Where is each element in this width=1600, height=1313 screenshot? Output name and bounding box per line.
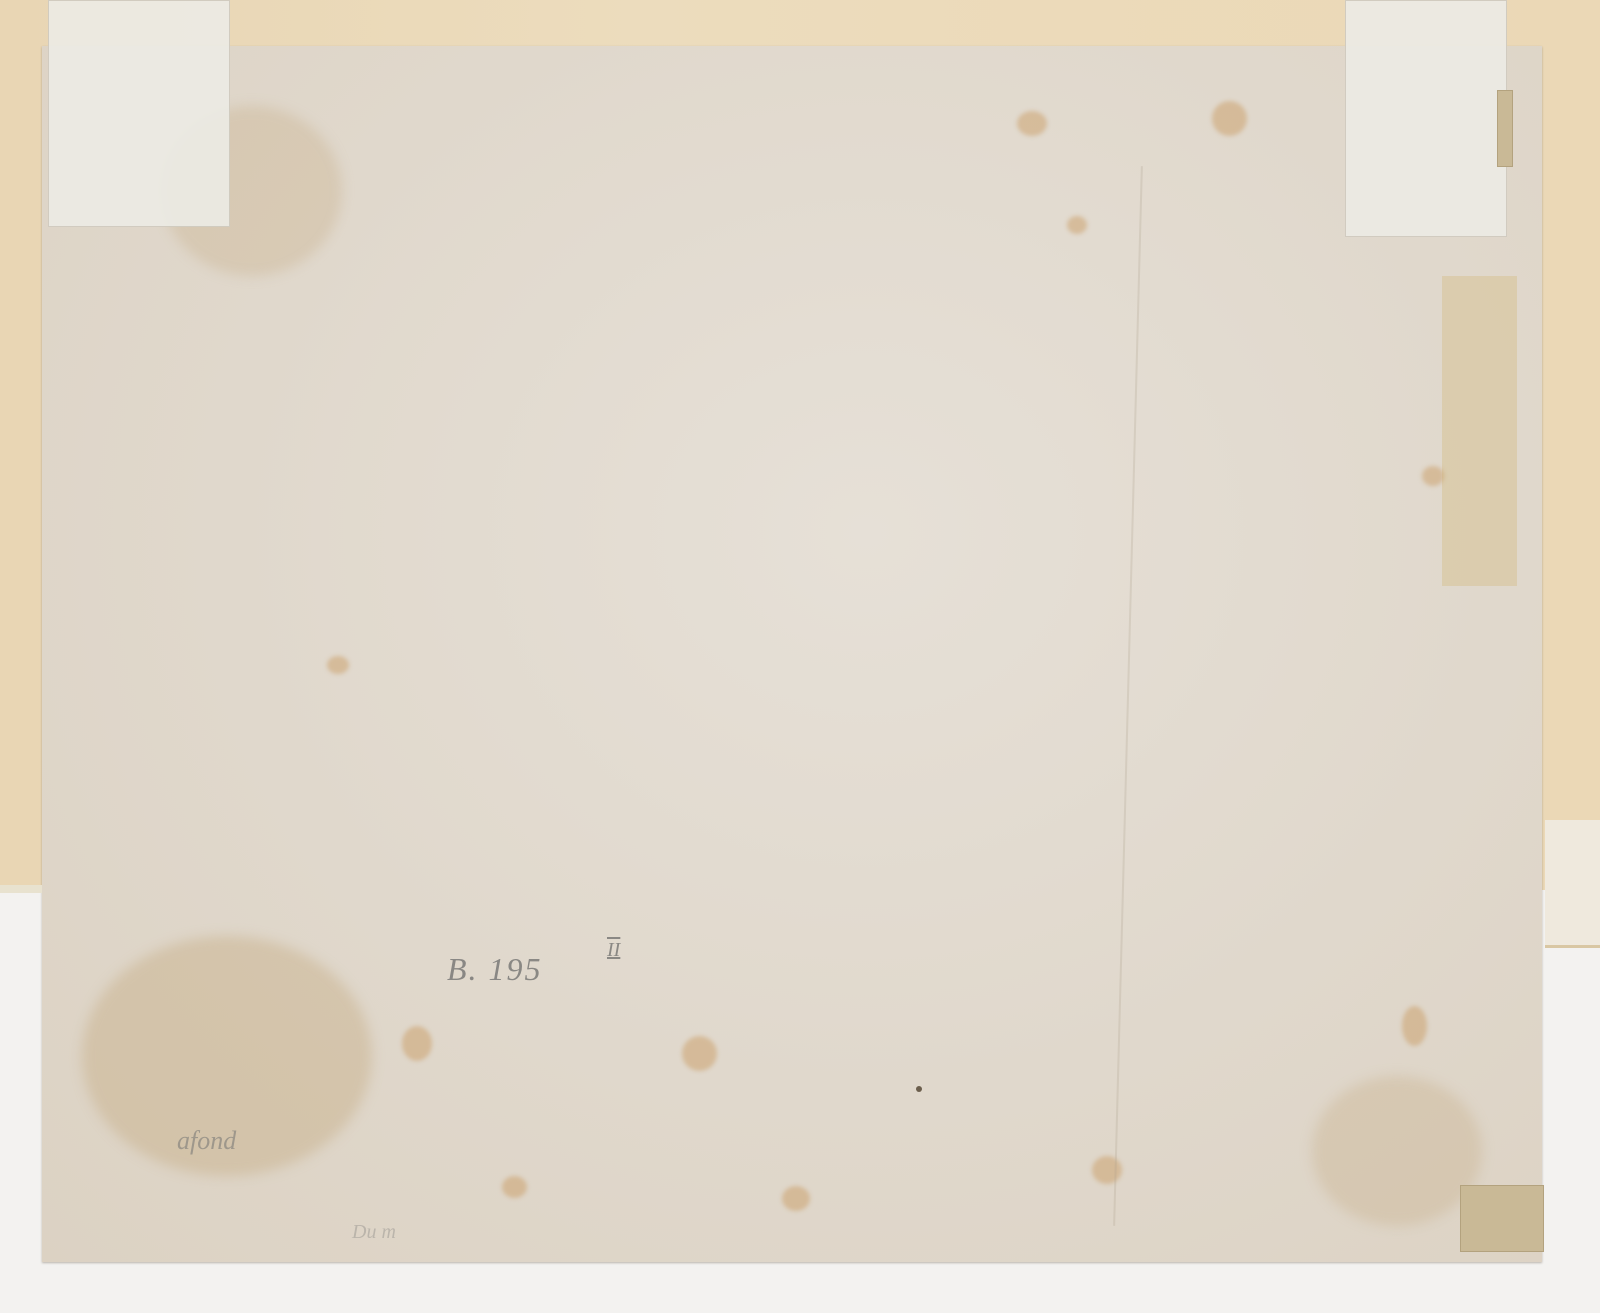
hinge-tape-top-left	[48, 0, 230, 227]
stain-right-strip	[1442, 276, 1517, 586]
foxing-spot	[1402, 1006, 1427, 1046]
foxing-spot	[1067, 216, 1087, 234]
ink-dot	[916, 1086, 922, 1092]
state-number-inscription: II	[607, 939, 620, 962]
foxing-spot	[782, 1186, 810, 1211]
foxing-spot	[682, 1036, 717, 1071]
tape-fragment-right	[1497, 90, 1513, 167]
catalogue-number-inscription: B. 195	[447, 951, 543, 988]
crease-line	[1113, 166, 1143, 1226]
foxing-spot	[1017, 111, 1047, 136]
foxing-spot	[1212, 101, 1247, 136]
mount-left-edge-sliver	[0, 885, 42, 893]
signature-inscription: afond	[177, 1126, 236, 1156]
foxing-spot	[502, 1176, 527, 1198]
foxing-spot	[327, 656, 349, 674]
foxing-spot	[1422, 466, 1444, 486]
corner-tape-bottom-right	[1460, 1185, 1544, 1252]
stain-bottom-right	[1312, 1076, 1482, 1226]
paper-sheet: B. 195 II afond Du m	[42, 46, 1542, 1262]
mount-right-lower-edge	[1545, 820, 1600, 948]
hinge-tape-top-right	[1345, 0, 1507, 237]
faint-inscription: Du m	[352, 1221, 396, 1244]
foxing-spot	[1092, 1156, 1122, 1184]
foxing-spot	[402, 1026, 432, 1061]
